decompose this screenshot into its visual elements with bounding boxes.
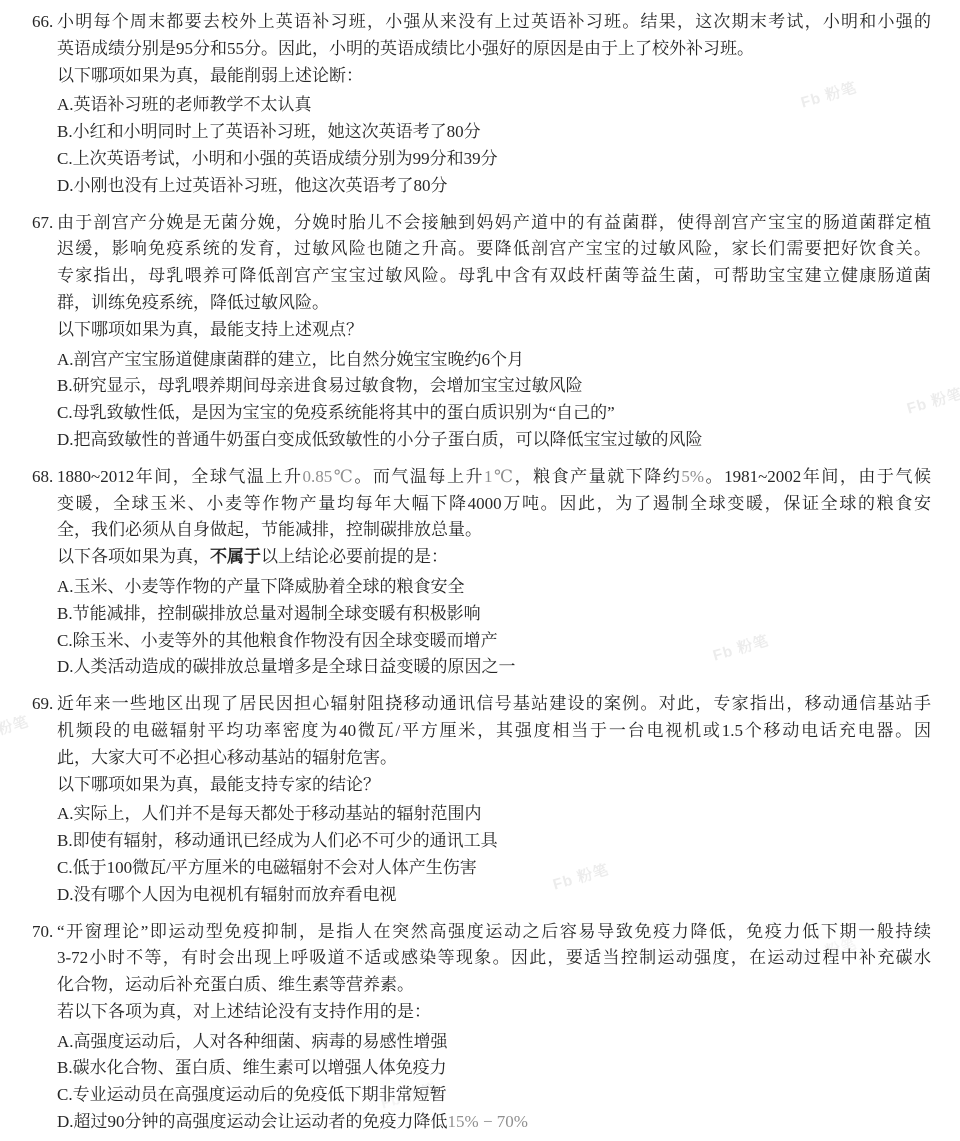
text-segment: D.把高致敏性的普通牛奶蛋白变成低致敏性的小分子蛋白质，可以降低宝宝过敏的风险 <box>57 430 703 449</box>
text-segment: 此，大家大可不必担心移动基站的辐射危害。 <box>57 748 397 767</box>
options-group: A.玉米、小麦等作物的产量下降威胁着全球的粮食安全B.节能减排，控制碳排放总量对… <box>57 574 931 681</box>
text-segment: 化合物，运动后补充蛋白质、维生素等营养素。 <box>57 975 414 994</box>
text-segment: C.母乳致敏性低，是因为宝宝的免疫系统能将其中的蛋白质识别为“自己的” <box>57 403 615 422</box>
question-prompt: 以下哪项如果为真，最能支持上述观点？ <box>57 317 931 344</box>
text-segment: C.专业运动员在高强度运动后的免疫低下期非常短暂 <box>57 1085 447 1104</box>
option-d: D.人类活动造成的碳排放总量增多是全球日益变暖的原因之一 <box>57 654 931 681</box>
question-stem-line: 化合物，运动后补充蛋白质、维生素等营养素。 <box>57 972 931 999</box>
question-stem-line: 近年来一些地区出现了居民因担心辐射阻挠移动通讯信号基站建设的案例。对此，专家指出… <box>57 691 931 718</box>
text-segment: A.玉米、小麦等作物的产量下降威胁着全球的粮食安全 <box>57 577 465 596</box>
question-stem-line: 英语成绩分别是95分和55分。因此，小明的英语成绩比小强好的原因是由于上了校外补… <box>57 36 931 63</box>
question-stem-line: 群，训练免疫系统，降低过敏风险。 <box>57 290 931 317</box>
question-list: 66.小明每个周末都要去校外上英语补习班，小强从来没有上过英语补习班。结果，这次… <box>0 9 960 1141</box>
question-stem-line: 由于剖宫产分娩是无菌分娩，分娩时胎儿不会接触到妈妈产道中的有益菌群，使得剖宫产宝… <box>57 210 931 237</box>
text-segment: 小明每个周末都要去校外上英语补习班，小强从来没有上过英语补习班。结果，这次期末考… <box>57 12 931 31</box>
text-segment: D.人类活动造成的碳排放总量增多是全球日益变暖的原因之一 <box>57 657 516 676</box>
text-segment: 近年来一些地区出现了居民因担心辐射阻挠移动通讯信号基站建设的案例。对此，专家指出… <box>57 694 931 713</box>
text-segment: 机频段的电磁辐射平均功率密度为40微瓦/平方厘米，其强度相当于一台电视机或1.5… <box>57 721 931 740</box>
question-number: 66. <box>32 9 53 36</box>
text-segment: 全，我们必须从自身做起，节能减排，控制碳排放总量。 <box>57 520 482 539</box>
exam-page: { "page": { "background": "#ffffff", "te… <box>0 0 960 1141</box>
question-stem-line: 机频段的电磁辐射平均功率密度为40微瓦/平方厘米，其强度相当于一台电视机或1.5… <box>57 718 931 745</box>
question-stem-line: 此，大家大可不必担心移动基站的辐射危害。 <box>57 745 931 772</box>
option-c: C.上次英语考试，小明和小强的英语成绩分别为99分和39分 <box>57 146 931 173</box>
option-a: A.实际上，人们并不是每天都处于移动基站的辐射范围内 <box>57 801 931 828</box>
text-segment: “开窗理论”即运动型免疫抑制，是指人在突然高强度运动之后容易导致免疫力降低，免疫… <box>57 922 931 941</box>
question-stem-line: 专家指出，母乳喂养可降低剖宫产宝宝过敏风险。母乳中含有双歧杆菌等益生菌，可帮助宝… <box>57 263 931 290</box>
text-segment: ，粮食产量就下降约 <box>515 467 682 486</box>
text-segment: D.没有哪个人因为电视机有辐射而放弃看电视 <box>57 885 397 904</box>
option-d: D.超过90分钟的高强度运动会让运动者的免疫力降低15% − 70% <box>57 1109 931 1136</box>
text-segment: A.高强度运动后，人对各种细菌、病毒的易感性增强 <box>57 1032 448 1051</box>
text-segment: 以下哪项如果为真，最能支持上述观点？ <box>57 320 363 339</box>
text-segment: A.英语补习班的老师教学不太认真 <box>57 95 312 114</box>
text-segment: 以下哪项如果为真，最能支持专家的结论？ <box>57 775 380 794</box>
text-segment: 变暖，全球玉米、小麦等作物产量均每年大幅下降4000万吨。因此，为了遏制全球变暖… <box>57 494 931 513</box>
text-segment: A.剖宫产宝宝肠道健康菌群的建立，比自然分娩宝宝晚约6个月 <box>57 350 524 369</box>
text-segment: D.超过90分钟的高强度运动会让运动者的免疫力降低 <box>57 1112 448 1131</box>
question-prompt: 以下哪项如果为真，最能支持专家的结论？ <box>57 772 931 799</box>
option-a: A.高强度运动后，人对各种细菌、病毒的易感性增强 <box>57 1029 931 1056</box>
question-stem-line: 1880~2012年间，全球气温上升0.85℃。而气温每上升1℃，粮食产量就下降… <box>57 464 931 491</box>
option-c: C.除玉米、小麦等外的其他粮食作物没有因全球变暖而增产 <box>57 628 931 655</box>
option-d: D.没有哪个人因为电视机有辐射而放弃看电视 <box>57 882 931 909</box>
option-d: D.把高致敏性的普通牛奶蛋白变成低致敏性的小分子蛋白质，可以降低宝宝过敏的风险 <box>57 427 931 454</box>
option-a: A.剖宫产宝宝肠道健康菌群的建立，比自然分娩宝宝晚约6个月 <box>57 347 931 374</box>
text-segment: 以下各项如果为真， <box>57 547 210 566</box>
option-a: A.玉米、小麦等作物的产量下降威胁着全球的粮食安全 <box>57 574 931 601</box>
question-66: 66.小明每个周末都要去校外上英语补习班，小强从来没有上过英语补习班。结果，这次… <box>0 9 931 200</box>
question-stem-line: 3-72小时不等，有时会出现上呼吸道不适或感染等现象。因此，要适当控制运动强度，… <box>57 945 931 972</box>
options-group: A.实际上，人们并不是每天都处于移动基站的辐射范围内B.即使有辐射，移动通讯已经… <box>57 801 931 908</box>
option-b: B.小红和小明同时上了英语补习班，她这次英语考了80分 <box>57 119 931 146</box>
option-b: B.即使有辐射，移动通讯已经成为人们必不可少的通讯工具 <box>57 828 931 855</box>
option-d: D.小刚也没有上过英语补习班，他这次英语考了80分 <box>57 173 931 200</box>
text-segment: A.实际上，人们并不是每天都处于移动基站的辐射范围内 <box>57 804 482 823</box>
formula-text: 0.85℃ <box>302 467 354 486</box>
text-segment: 1880~2012年间，全球气温上升 <box>57 467 302 486</box>
question-68: 68.1880~2012年间，全球气温上升0.85℃。而气温每上升1℃，粮食产量… <box>0 464 931 681</box>
question-stem-line: 小明每个周末都要去校外上英语补习班，小强从来没有上过英语补习班。结果，这次期末考… <box>57 9 931 36</box>
text-segment: 。而气温每上升 <box>354 467 484 486</box>
text-segment: 专家指出，母乳喂养可降低剖宫产宝宝过敏风险。母乳中含有双歧杆菌等益生菌，可帮助宝… <box>57 266 931 285</box>
option-c: C.低于100微瓦/平方厘米的电磁辐射不会对人体产生伤害 <box>57 855 931 882</box>
text-segment: B.小红和小明同时上了英语补习班，她这次英语考了80分 <box>57 122 481 141</box>
text-segment: 由于剖宫产分娩是无菌分娩，分娩时胎儿不会接触到妈妈产道中的有益菌群，使得剖宫产宝… <box>57 213 931 232</box>
option-c: C.母乳致敏性低，是因为宝宝的免疫系统能将其中的蛋白质识别为“自己的” <box>57 400 931 427</box>
question-stem-line: 变暖，全球玉米、小麦等作物产量均每年大幅下降4000万吨。因此，为了遏制全球变暖… <box>57 491 931 518</box>
text-segment: C.低于100微瓦/平方厘米的电磁辐射不会对人体产生伤害 <box>57 858 477 877</box>
question-prompt: 以下各项如果为真，不属于以上结论必要前提的是： <box>57 544 931 571</box>
text-segment: B.碳水化合物、蛋白质、维生素可以增强人体免疫力 <box>57 1058 447 1077</box>
text-segment: B.节能减排，控制碳排放总量对遏制全球变暖有积极影响 <box>57 604 481 623</box>
question-number: 70. <box>32 919 53 946</box>
option-c: C.专业运动员在高强度运动后的免疫低下期非常短暂 <box>57 1082 931 1109</box>
text-segment: 以上结论必要前提的是： <box>261 547 448 566</box>
text-segment: 。1981~2002年间，由于气候 <box>704 467 931 486</box>
text-segment: 3-72小时不等，有时会出现上呼吸道不适或感染等现象。因此，要适当控制运动强度，… <box>57 948 931 967</box>
text-segment: B.研究显示，母乳喂养期间母亲进食易过敏食物，会增加宝宝过敏风险 <box>57 376 583 395</box>
text-segment: 以下哪项如果为真，最能削弱上述论断： <box>57 66 363 85</box>
option-b: B.研究显示，母乳喂养期间母亲进食易过敏食物，会增加宝宝过敏风险 <box>57 373 931 400</box>
question-69: 69.近年来一些地区出现了居民因担心辐射阻挠移动通讯信号基站建设的案例。对此，专… <box>0 691 931 908</box>
question-67: 67.由于剖宫产分娩是无菌分娩，分娩时胎儿不会接触到妈妈产道中的有益菌群，使得剖… <box>0 210 931 454</box>
text-segment: B.即使有辐射，移动通讯已经成为人们必不可少的通讯工具 <box>57 831 498 850</box>
option-b: B.节能减排，控制碳排放总量对遏制全球变暖有积极影响 <box>57 601 931 628</box>
formula-text: 5% <box>681 467 704 486</box>
question-70: 70.“开窗理论”即运动型免疫抑制，是指人在突然高强度运动之后容易导致免疫力降低… <box>0 919 931 1136</box>
bold-text: 不属于 <box>210 547 261 566</box>
question-prompt: 若以下各项为真，对上述结论没有支持作用的是： <box>57 999 931 1026</box>
text-segment: 迟缓，影响免疫系统的发育，过敏风险也随之升高。要降低剖宫产宝宝的过敏风险，家长们… <box>57 239 931 258</box>
question-prompt: 以下哪项如果为真，最能削弱上述论断： <box>57 63 931 90</box>
text-segment: 群，训练免疫系统，降低过敏风险。 <box>57 293 329 312</box>
formula-text: 15% − 70% <box>448 1112 528 1131</box>
text-segment: 英语成绩分别是95分和55分。因此，小明的英语成绩比小强好的原因是由于上了校外补… <box>57 39 754 58</box>
text-segment: C.除玉米、小麦等外的其他粮食作物没有因全球变暖而增产 <box>57 631 498 650</box>
options-group: A.高强度运动后，人对各种细菌、病毒的易感性增强B.碳水化合物、蛋白质、维生素可… <box>57 1029 931 1136</box>
formula-text: 1℃ <box>484 467 515 486</box>
question-stem-line: “开窗理论”即运动型免疫抑制，是指人在突然高强度运动之后容易导致免疫力降低，免疫… <box>57 919 931 946</box>
question-stem-line: 全，我们必须从自身做起，节能减排，控制碳排放总量。 <box>57 517 931 544</box>
question-number: 67. <box>32 210 53 237</box>
option-a: A.英语补习班的老师教学不太认真 <box>57 92 931 119</box>
text-segment: D.小刚也没有上过英语补习班，他这次英语考了80分 <box>57 176 448 195</box>
option-b: B.碳水化合物、蛋白质、维生素可以增强人体免疫力 <box>57 1055 931 1082</box>
text-segment: 若以下各项为真，对上述结论没有支持作用的是： <box>57 1002 431 1021</box>
options-group: A.剖宫产宝宝肠道健康菌群的建立，比自然分娩宝宝晚约6个月B.研究显示，母乳喂养… <box>57 347 931 454</box>
question-stem-line: 迟缓，影响免疫系统的发育，过敏风险也随之升高。要降低剖宫产宝宝的过敏风险，家长们… <box>57 236 931 263</box>
question-number: 68. <box>32 464 53 491</box>
text-segment: C.上次英语考试，小明和小强的英语成绩分别为99分和39分 <box>57 149 498 168</box>
options-group: A.英语补习班的老师教学不太认真B.小红和小明同时上了英语补习班，她这次英语考了… <box>57 92 931 199</box>
question-number: 69. <box>32 691 53 718</box>
